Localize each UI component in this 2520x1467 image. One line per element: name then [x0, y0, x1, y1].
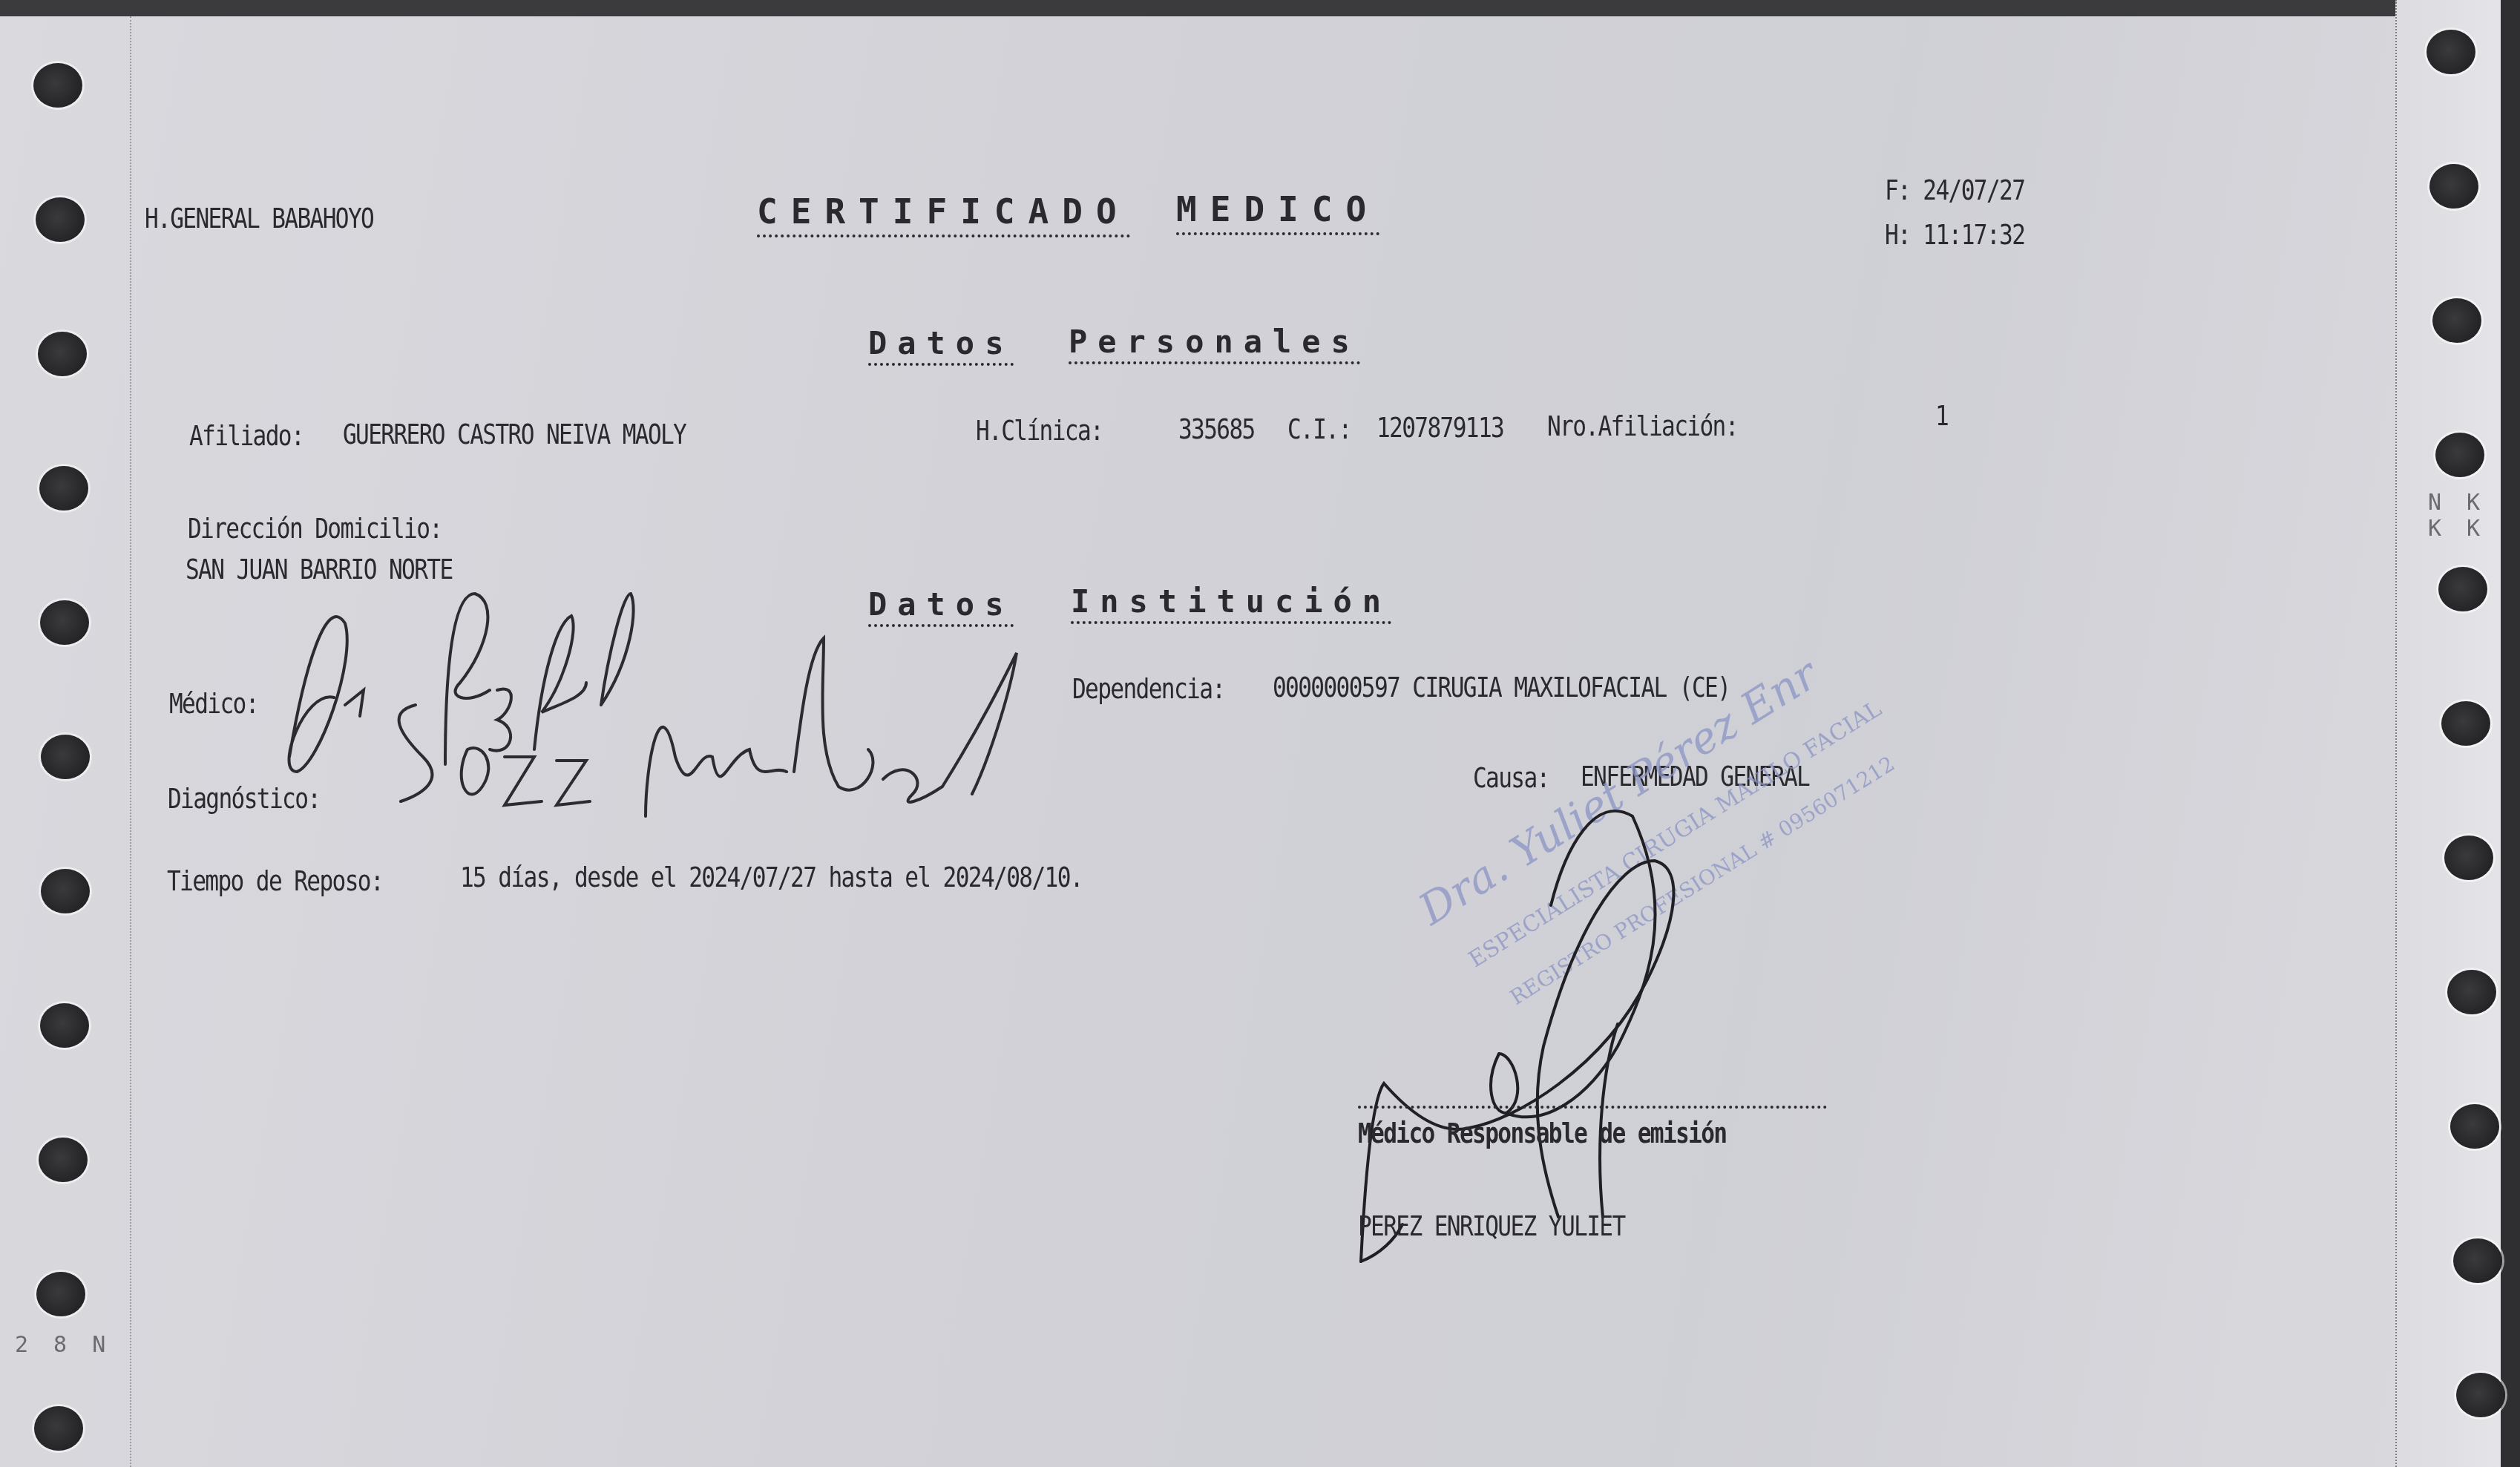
- tractor-hole: [36, 1272, 85, 1316]
- tractor-hole: [2450, 1104, 2499, 1149]
- background-edge: [2501, 0, 2520, 1467]
- section-personales-word: Personales: [1069, 324, 1360, 364]
- responsible-doctor-label: Médico Responsable de emisión: [1358, 1117, 1726, 1149]
- tractor-hole: [2432, 298, 2481, 343]
- tractor-hole: [2435, 433, 2484, 477]
- tractor-hole: [2438, 567, 2487, 611]
- affiliate-label: Afiliado:: [189, 419, 303, 452]
- tractor-hole: [2429, 164, 2478, 209]
- tractor-hole: [2447, 970, 2496, 1014]
- ci-number: 1207879113: [1377, 411, 1503, 444]
- tractor-hole: [36, 197, 85, 242]
- title-medico: MEDICO: [1176, 189, 1379, 235]
- right-margin-marks: N K K K: [2428, 490, 2520, 542]
- institution-name: H.GENERAL BABAHOYO: [145, 202, 373, 234]
- tractor-hole: [2453, 1238, 2502, 1283]
- left-perforation-line: [130, 16, 131, 1467]
- affiliate-name: GUERRERO CASTRO NEIVA MAOLY: [343, 418, 686, 450]
- clinic-number: 335685: [1178, 413, 1255, 445]
- tractor-hole: [2427, 30, 2475, 74]
- tractor-hole: [40, 1003, 89, 1048]
- tractor-hole: [39, 466, 88, 511]
- rest-label: Tiempo de Reposo:: [167, 864, 383, 897]
- tractor-hole: [2456, 1373, 2505, 1417]
- dependency-value: 0000000597 CIRUGIA MAXILOFACIAL (CE): [1273, 671, 1730, 703]
- tractor-hole: [2441, 701, 2490, 746]
- doctor-signature: [1351, 801, 1870, 1269]
- tractor-hole: [39, 1138, 88, 1182]
- tractor-hole: [34, 1406, 83, 1451]
- responsible-doctor-name: PEREZ ENRIQUEZ YULIET: [1358, 1210, 1625, 1242]
- affiliation-number: 1: [1935, 399, 1948, 432]
- tractor-hole: [38, 332, 87, 376]
- tractor-hole: [41, 869, 90, 913]
- section-datos-word: Datos: [868, 325, 1014, 366]
- tractor-hole: [41, 735, 90, 779]
- affiliation-label: Nro.Afiliación:: [1547, 410, 1738, 442]
- rest-value: 15 días, desde el 2024/07/27 hasta el 20…: [460, 861, 1083, 893]
- issue-time: H: 11:17:32: [1885, 218, 2024, 251]
- tractor-hole: [33, 63, 82, 108]
- signature-line: [1358, 1106, 1827, 1109]
- left-margin-marks: 2 8 N: [15, 1332, 111, 1358]
- tractor-hole: [2444, 836, 2493, 880]
- handwritten-doctor-and-diagnosis: [275, 579, 1165, 831]
- tractor-hole: [40, 600, 89, 645]
- issue-date: F: 24/07/27: [1885, 174, 2024, 206]
- doctor-label: Médico:: [169, 687, 258, 720]
- address-label: Dirección Domicilio:: [188, 512, 442, 545]
- title-certificado: CERTIFICADO: [757, 191, 1130, 237]
- clinic-label: H.Clínica:: [976, 414, 1103, 447]
- ci-label: C.I.:: [1287, 413, 1351, 445]
